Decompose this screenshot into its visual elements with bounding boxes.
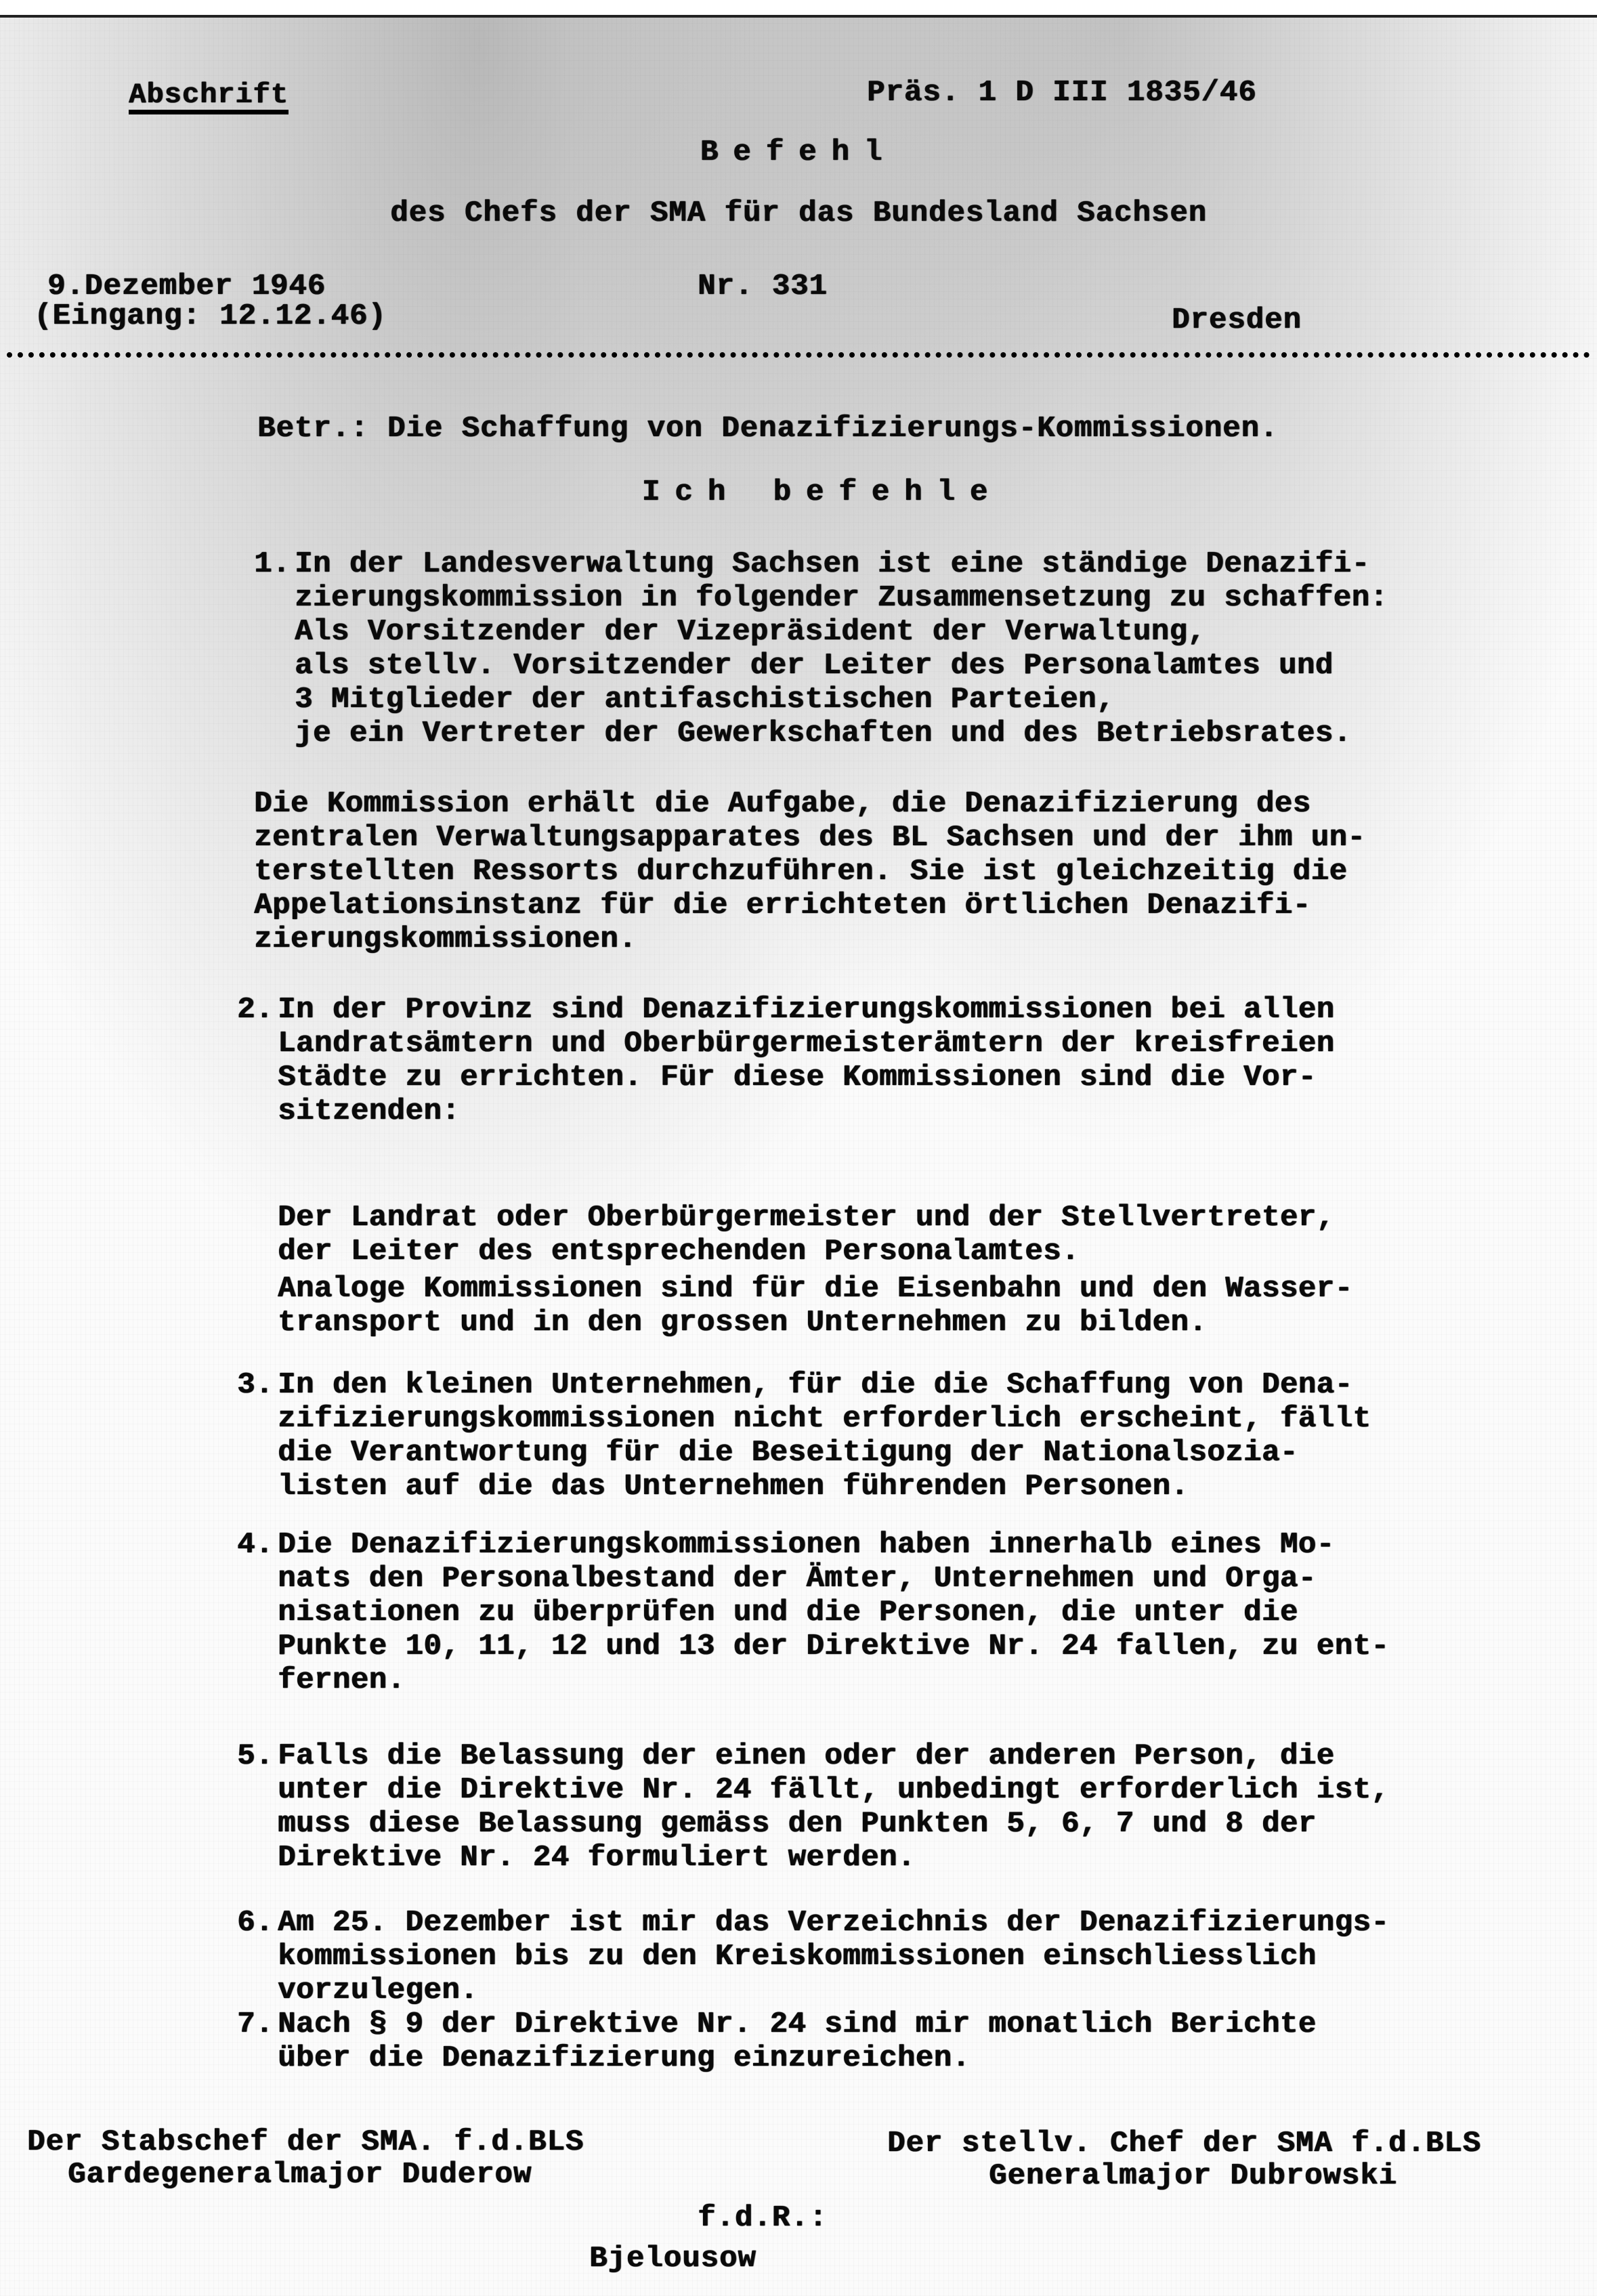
paragraph-line: Landratsämtern und Oberbürgermeisterämte…: [237, 1027, 1558, 1061]
file-reference: Präs. 1 D III 1835/46: [867, 76, 1257, 110]
order-date: 9.Dezember 1946: [47, 270, 326, 303]
copy-label: Abschrift: [129, 80, 289, 114]
paragraph-1: 1.In der Landesverwaltung Sachsen ist ei…: [254, 547, 1575, 750]
paragraph-text: Als Vorsitzender der Vizepräsident der V…: [295, 615, 1206, 649]
paragraph-number: 6.: [237, 1906, 278, 1940]
paragraph-number: 1.: [254, 547, 295, 581]
paragraph-line: der Leiter des entsprechenden Personalam…: [278, 1235, 1597, 1269]
paragraph-line: terstellten Ressorts durchzuführen. Sie …: [254, 855, 1575, 889]
paragraph-3: 3.In den kleinen Unternehmen, für die di…: [237, 1368, 1558, 1504]
paragraph-text: transport und in den grossen Unternehmen…: [278, 1306, 1207, 1340]
order-number: Nr. 331: [698, 270, 828, 303]
signature-right-name: Generalmajor Dubrowski: [989, 2159, 1397, 2193]
paragraph-text: zierungskommissionen.: [254, 922, 637, 956]
signature-left-title: Der Stabschef der SMA. f.d.BLS: [27, 2125, 584, 2159]
paragraph-line: vorzulegen.: [237, 1974, 1558, 2007]
paragraph-line: Analoge Kommissionen sind für die Eisenb…: [278, 1272, 1597, 1306]
paragraph-line: Direktive Nr. 24 formuliert werden.: [237, 1841, 1558, 1875]
paragraph-line: Die Kommission erhält die Aufgabe, die D…: [254, 787, 1575, 821]
paragraph-line: 7.Nach § 9 der Direktive Nr. 24 sind mir…: [237, 2007, 1558, 2041]
subject-line: Betr.: Die Schaffung von Denazifizierung…: [257, 412, 1278, 446]
paragraph-text: der Leiter des entsprechenden Personalam…: [278, 1235, 1080, 1269]
paragraph-text: zierungskommission in folgender Zusammen…: [295, 581, 1388, 615]
paragraph-line: 5.Falls die Belassung der einen oder der…: [237, 1739, 1558, 1773]
paragraph-line: 3 Mitglieder der antifaschistischen Part…: [254, 683, 1575, 717]
paragraph-line: muss diese Belassung gemäss den Punkten …: [237, 1807, 1558, 1841]
paragraph-line: über die Denazifizierung einzureichen.: [237, 2041, 1558, 2075]
paragraph-line: Als Vorsitzender der Vizepräsident der V…: [254, 615, 1575, 649]
document-subtitle: des Chefs der SMA für das Bundesland Sac…: [0, 196, 1597, 230]
signature-right-title: Der stellv. Chef der SMA f.d.BLS: [887, 2127, 1481, 2161]
paragraph-number: 3.: [237, 1368, 278, 1402]
paragraph-text: In der Provinz sind Denazifizierungskomm…: [278, 993, 1334, 1027]
paragraph-text: Die Denazifizierungskommissionen haben i…: [278, 1528, 1334, 1562]
paragraph-text: listen auf die das Unternehmen führenden…: [278, 1470, 1189, 1504]
paragraph-number: 4.: [237, 1528, 278, 1562]
paragraph-line: sitzenden:: [237, 1094, 1558, 1128]
paragraph-text: sitzenden:: [278, 1094, 460, 1128]
paragraph-text: Appelationsinstanz für die errichteten ö…: [254, 889, 1311, 922]
paragraph-line: als stellv. Vorsitzender der Leiter des …: [254, 649, 1575, 683]
paragraph-line: zierungskommission in folgender Zusammen…: [254, 581, 1575, 615]
paragraph-text: die Verantwortung für die Beseitigung de…: [278, 1436, 1298, 1470]
paragraph-text: Städte zu errichten. Für diese Kommissio…: [278, 1061, 1317, 1094]
paragraph-text: fernen.: [278, 1663, 405, 1697]
paragraph-2-chairs: Der Landrat oder Oberbürgermeister und d…: [278, 1201, 1597, 1269]
paragraph-text: nisationen zu überprüfen und die Persone…: [278, 1596, 1298, 1630]
received-date: (Eingang: 12.12.46): [34, 299, 387, 333]
paragraph-text: In der Landesverwaltung Sachsen ist eine…: [295, 547, 1369, 581]
certification-label: f.d.R.:: [698, 2201, 828, 2235]
signature-left-name: Gardegeneralmajor Duderow: [68, 2158, 532, 2192]
paragraph-line: die Verantwortung für die Beseitigung de…: [237, 1436, 1558, 1470]
paragraph-text: Falls die Belassung der einen oder der a…: [278, 1739, 1334, 1773]
paragraph-text: Landratsämtern und Oberbürgermeisterämte…: [278, 1027, 1334, 1061]
paragraph-text: nats den Personalbestand der Ämter, Unte…: [278, 1562, 1317, 1596]
paragraph-6: 6.Am 25. Dezember ist mir das Verzeichni…: [237, 1906, 1558, 2007]
paragraph-text: über die Denazifizierung einzureichen.: [278, 2041, 970, 2075]
paragraph-text: Die Kommission erhält die Aufgabe, die D…: [254, 787, 1311, 821]
certification-name: Bjelousow: [589, 2242, 757, 2276]
paragraph-line: zifizierungskommissionen nicht erforderl…: [237, 1402, 1558, 1436]
paragraph-text: Analoge Kommissionen sind für die Eisenb…: [278, 1272, 1353, 1306]
paragraph-text: zentralen Verwaltungsapparates des BL Sa…: [254, 821, 1365, 855]
paragraph-line: fernen.: [237, 1663, 1558, 1697]
paragraph-line: kommissionen bis zu den Kreiskommissione…: [237, 1940, 1558, 1974]
paragraph-text: vorzulegen.: [278, 1974, 478, 2007]
paragraph-line: 4.Die Denazifizierungskommissionen haben…: [237, 1528, 1558, 1562]
paragraph-text: unter die Direktive Nr. 24 fällt, unbedi…: [278, 1773, 1389, 1807]
paragraph-line: Punkte 10, 11, 12 und 13 der Direktive N…: [237, 1630, 1558, 1663]
paragraph-line: unter die Direktive Nr. 24 fällt, unbedi…: [237, 1773, 1558, 1807]
paragraph-line: 1.In der Landesverwaltung Sachsen ist ei…: [254, 547, 1575, 581]
paragraph-1-continuation: Die Kommission erhält die Aufgabe, die D…: [254, 787, 1575, 956]
paragraph-line: 2.In der Provinz sind Denazifizierungsko…: [237, 993, 1558, 1027]
paragraph-line: nats den Personalbestand der Ämter, Unte…: [237, 1562, 1558, 1596]
paragraph-line: Städte zu errichten. Für diese Kommissio…: [237, 1061, 1558, 1094]
paragraph-text: muss diese Belassung gemäss den Punkten …: [278, 1807, 1317, 1841]
paragraph-2: 2.In der Provinz sind Denazifizierungsko…: [237, 993, 1558, 1128]
paragraph-line: transport und in den grossen Unternehmen…: [278, 1306, 1597, 1340]
paragraph-text: je ein Vertreter der Gewerkschaften und …: [295, 717, 1351, 750]
paragraph-text: kommissionen bis zu den Kreiskommissione…: [278, 1940, 1317, 1974]
paragraph-4: 4.Die Denazifizierungskommissionen haben…: [237, 1528, 1558, 1697]
paragraph-number: 2.: [237, 993, 278, 1027]
paragraph-2-analog: Analoge Kommissionen sind für die Eisenb…: [278, 1272, 1597, 1340]
paragraph-text: Der Landrat oder Oberbürgermeister und d…: [278, 1201, 1334, 1235]
paragraph-text: terstellten Ressorts durchzuführen. Sie …: [254, 855, 1347, 889]
paragraph-text: zifizierungskommissionen nicht erforderl…: [278, 1402, 1371, 1436]
paragraph-line: je ein Vertreter der Gewerkschaften und …: [254, 717, 1575, 750]
paragraph-text: 3 Mitglieder der antifaschistischen Part…: [295, 683, 1115, 717]
paragraph-text: In den kleinen Unternehmen, für die die …: [278, 1368, 1353, 1402]
paragraph-text: Am 25. Dezember ist mir das Verzeichnis …: [278, 1906, 1389, 1940]
paragraph-line: 6.Am 25. Dezember ist mir das Verzeichni…: [237, 1906, 1558, 1940]
document-title: Befehl: [0, 135, 1597, 169]
paragraph-line: zentralen Verwaltungsapparates des BL Sa…: [254, 821, 1575, 855]
paragraph-line: 3.In den kleinen Unternehmen, für die di…: [237, 1368, 1558, 1402]
page-top-edge: [0, 0, 1597, 18]
order-heading: Ich befehle: [0, 475, 1597, 509]
paragraph-line: Appelationsinstanz für die errichteten ö…: [254, 889, 1575, 922]
paragraph-line: nisationen zu überprüfen und die Persone…: [237, 1596, 1558, 1630]
city: Dresden: [1172, 303, 1302, 337]
paragraph-number: 5.: [237, 1739, 278, 1773]
paragraph-text: als stellv. Vorsitzender der Leiter des …: [295, 649, 1334, 683]
paragraph-number: 7.: [237, 2007, 278, 2041]
paragraph-line: zierungskommissionen.: [254, 922, 1575, 956]
paragraph-line: listen auf die das Unternehmen führenden…: [237, 1470, 1558, 1504]
dotted-separator: [7, 352, 1590, 358]
paragraph-5: 5.Falls die Belassung der einen oder der…: [237, 1739, 1558, 1875]
paragraph-text: Punkte 10, 11, 12 und 13 der Direktive N…: [278, 1630, 1389, 1663]
paragraph-text: Direktive Nr. 24 formuliert werden.: [278, 1841, 916, 1875]
paragraph-line: Der Landrat oder Oberbürgermeister und d…: [278, 1201, 1597, 1235]
paragraph-7: 7.Nach § 9 der Direktive Nr. 24 sind mir…: [237, 2007, 1558, 2075]
paragraph-text: Nach § 9 der Direktive Nr. 24 sind mir m…: [278, 2007, 1317, 2041]
